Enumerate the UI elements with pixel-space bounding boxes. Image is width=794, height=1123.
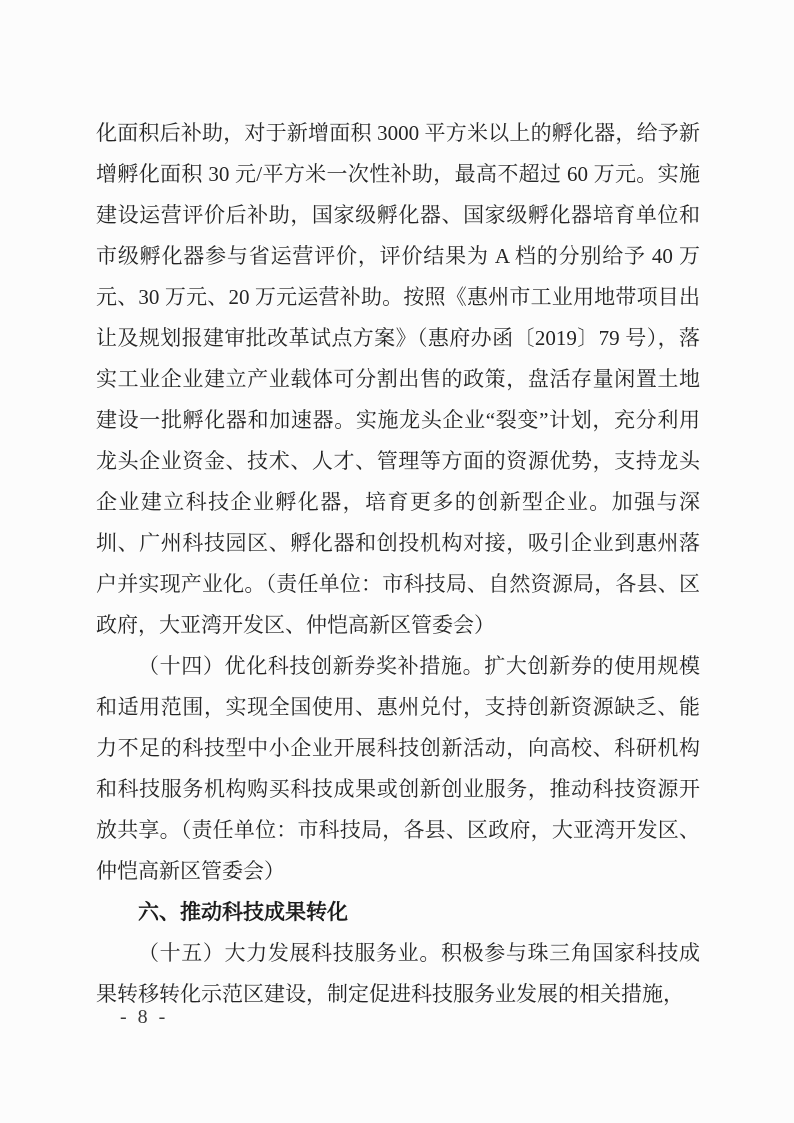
section-heading-6: 六、推动科技成果转化 <box>96 892 700 933</box>
paragraph-continuation: 化面积后补助，对于新增面积 3000 平方米以上的孵化器，给予新增孵化面积 30… <box>96 113 700 646</box>
document-page: 化面积后补助，对于新增面积 3000 平方米以上的孵化器，给予新增孵化面积 30… <box>0 0 794 1123</box>
page-number: - 8 - <box>120 1006 168 1029</box>
paragraph-item-15: （十五）大力发展科技服务业。积极参与珠三角国家科技成果转移转化示范区建设，制定促… <box>96 933 700 1015</box>
document-body: 化面积后补助，对于新增面积 3000 平方米以上的孵化器，给予新增孵化面积 30… <box>96 113 700 1015</box>
paragraph-item-14: （十四）优化科技创新券奖补措施。扩大创新券的使用规模和适用范围，实现全国使用、惠… <box>96 646 700 892</box>
